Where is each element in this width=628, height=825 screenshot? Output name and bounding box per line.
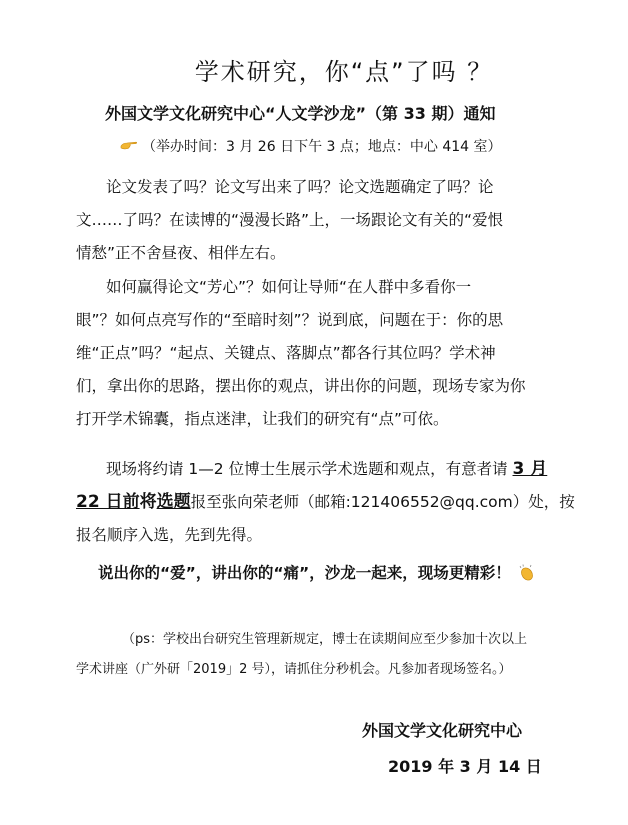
deadline-date-part1: 3 月: [513, 459, 548, 479]
paragraph-line: 维“正点”吗？“起点、关键点、落脚点”都各行其位吗？学术神: [76, 337, 546, 370]
paragraph-line: 论文发表了吗？论文写出来了吗？论文选题确定了吗？论: [76, 171, 546, 204]
document-title: 学术研究，你“点”了吗 ？: [0, 52, 628, 87]
cheer-text: 说出你的“爱”，讲出你的“痛”，沙龙一起来，现场更精彩！: [98, 564, 511, 582]
paragraph-line: 文……了吗？在读博的“漫漫长路”上，一场跟论文有关的“爱恨: [76, 204, 546, 237]
cheer-line: 说出你的“爱”，讲出你的“痛”，沙龙一起来，现场更精彩！: [98, 561, 535, 583]
notice-subtitle: 外国文学文化研究中心“人文学沙龙”（第 33 期）通知: [105, 101, 495, 124]
topic-emphasis: 选题: [157, 492, 191, 512]
signature-organization: 外国文学文化研究中心: [362, 718, 522, 741]
line-text: 现场将约请 1—2 位博士生展示学术选题和观点，有意者请: [106, 460, 513, 478]
paragraph-line: 打开学术锦囊，指点迷津，让我们的研究有“点”可依。: [76, 403, 546, 436]
paragraph-line: 们，拿出你的思路，摆出你的观点，讲出你的问题，现场专家为你: [76, 370, 546, 403]
paragraph-line: 报名顺序入选，先到先得。: [76, 519, 546, 552]
clapping-hands-icon: [517, 563, 535, 581]
paragraph-3: 现场将约请 1—2 位博士生展示学术选题和观点，有意者请 3 月 22 日前将选…: [76, 453, 546, 552]
postscript-line: 学术讲座（广外研「2019」2 号），请抓住分秒机会。凡参加者现场签名。）: [76, 655, 556, 685]
paragraph-line: 22 日前将选题报至张向荣老师（邮箱:121406552@qq.com）处，按: [76, 486, 546, 519]
event-info-text: （举办时间：3 月 26 日下午 3 点；地点：中心 414 室）: [142, 139, 502, 155]
contact-text: 报至张向荣老师（邮箱:121406552@qq.com）处，按: [191, 493, 575, 511]
paragraph-2: 如何赢得论文“芳心”？如何让导师“在人群中多看你一 眼”？如何点亮写作的“至暗时…: [76, 271, 546, 436]
paragraph-line: 眼”？如何点亮写作的“至暗时刻”？说到底，问题在于：你的思: [76, 304, 546, 337]
paragraph-line: 如何赢得论文“芳心”？如何让导师“在人群中多看你一: [76, 271, 546, 304]
deadline-date-part2: 22 日前: [76, 492, 140, 512]
postscript: （ps：学校出台研究生管理新规定，博士在读期间应至少参加十次以上 学术讲座（广外…: [76, 625, 556, 685]
pointing-hand-icon: [120, 140, 138, 150]
signature-date: 2019 年 3 月 14 日: [388, 754, 542, 777]
paragraph-line: 情愁”正不舍昼夜、相伴左右。: [76, 237, 546, 270]
event-info: （举办时间：3 月 26 日下午 3 点；地点：中心 414 室）: [120, 136, 502, 156]
paragraph-line: 现场将约请 1—2 位博士生展示学术选题和观点，有意者请 3 月: [76, 453, 546, 486]
paragraph-1: 论文发表了吗？论文写出来了吗？论文选题确定了吗？论 文……了吗？在读博的“漫漫长…: [76, 171, 546, 270]
line-text: 将: [140, 492, 157, 512]
postscript-line: （ps：学校出台研究生管理新规定，博士在读期间应至少参加十次以上: [76, 625, 556, 655]
